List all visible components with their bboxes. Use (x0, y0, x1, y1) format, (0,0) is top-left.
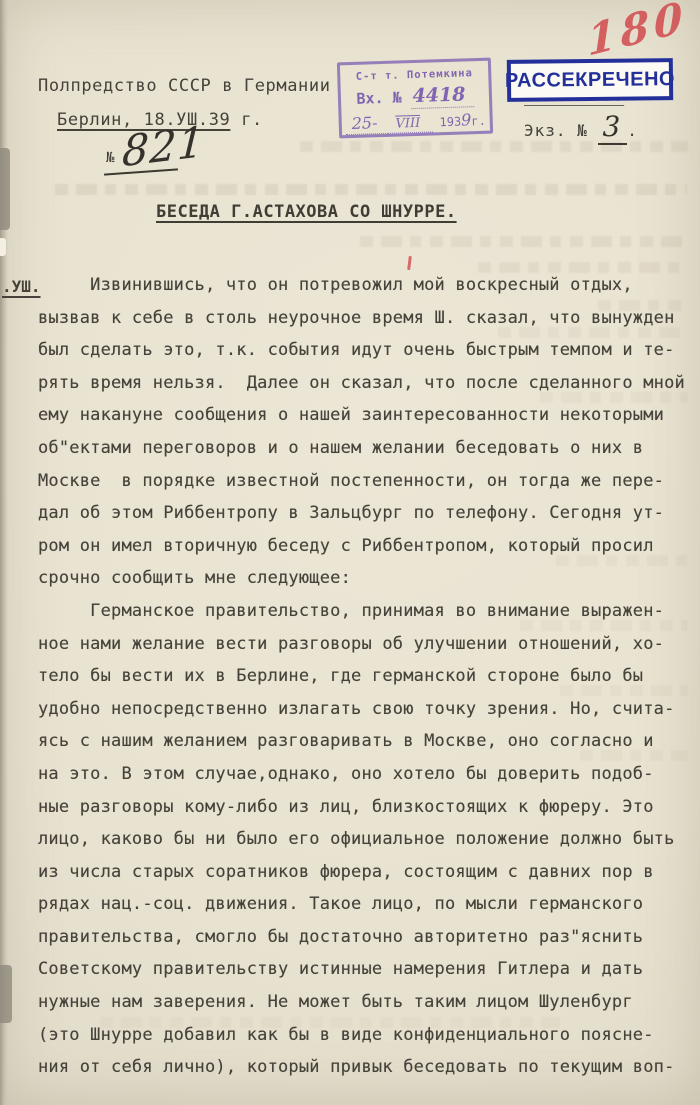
doc-number-handwritten: 821 (121, 117, 206, 177)
body-line: об"ектами переговоров и о нашем желании … (38, 432, 693, 465)
document-body: Извинившись, что он потревожил мой воскр… (38, 269, 693, 1084)
stamp-entry-row: Вх. № 4418 (341, 83, 490, 110)
body-line: вызвав к себе в столь неурочное время Ш.… (38, 302, 693, 335)
body-line: удобно непосредственно излагать свою точ… (38, 693, 693, 726)
body-line: тело бы вести их в Берлине, где германск… (38, 660, 693, 693)
body-line: Москве в порядке известной постепенности… (38, 465, 693, 498)
body-line: рять время нельзя. Далее он сказал, что … (38, 367, 693, 400)
body-line: был сделать это, т.к. события идут очень… (38, 334, 693, 367)
body-line: рядах нац.-соц. движения. Такое лицо, по… (38, 888, 693, 921)
body-line: ния от себя лично), который привык бесед… (38, 1051, 693, 1084)
stamp-date-day-handwritten: 25- (345, 113, 387, 135)
paper-notch (0, 238, 6, 256)
stamp-date-suffix: г. (471, 114, 486, 128)
copy-number-handwritten: 3 (598, 110, 627, 145)
declassified-stamp: РАССЕКРЕЧЕНО (507, 58, 673, 102)
paper-tear (0, 148, 10, 230)
body-line: срочно сообщить мне следующее: (38, 562, 693, 595)
margin-date-note: .УШ. (2, 277, 41, 296)
copy-number-line: Экз. № 3. (524, 110, 638, 143)
bleedthrough-mark (55, 184, 687, 195)
stamp-date-year-printed: 193 (439, 115, 461, 130)
doc-number-label: № (106, 150, 114, 166)
stamp-date-row: 25-VIII 1939г. (341, 110, 490, 134)
body-line: ему накануне сообщения о нашей заинтерес… (38, 399, 693, 432)
body-line: дал об этом Риббентропу в Зальцбург по т… (38, 497, 693, 530)
body-line: на это. В этом случае,однако, оно хотело… (38, 758, 693, 791)
stamp-addressee: С-т т. Потемкина (340, 67, 488, 84)
body-line: правительства, смогло бы достаточно авто… (38, 921, 693, 954)
body-line: ром он имел вторичную беседу с Риббентро… (38, 530, 693, 563)
bleedthrough-mark (360, 236, 688, 247)
stamp-entry-number-handwritten: 4418 (410, 83, 474, 109)
body-line: Советскому правительству истинные намере… (38, 953, 693, 986)
document-title: БЕСЕДА Г.АСТАХОВА СО ШНУРРЕ. (156, 202, 457, 222)
stamp-date-month-handwritten: VIII (387, 115, 432, 133)
body-line: Извинившись, что он потревожил мой воскр… (38, 269, 693, 302)
place-date-suffix: г. (230, 110, 263, 130)
body-line: Германское правительство, принимая во вн… (38, 595, 693, 628)
body-line: нужные нам заверения. Не может быть таки… (38, 986, 693, 1019)
stamp-date-year-digit-handwritten: 9 (461, 110, 472, 129)
body-line: из числа старых соратников фюрера, состо… (38, 856, 693, 889)
body-line: ные разговоры кому-либо из лиц, близкост… (38, 791, 693, 824)
body-line: (это Шнурре добавил как бы в виде конфид… (38, 1019, 693, 1052)
paper-tear (0, 965, 12, 1023)
letterhead-organization: Полпредство СССР в Германии (38, 76, 331, 96)
copy-suffix: . (627, 121, 638, 140)
stamp-entry-label: Вх. № (356, 88, 402, 107)
page-number-handwritten: 180 (587, 0, 688, 66)
red-check-mark (407, 256, 412, 270)
copy-label: Экз. № (524, 121, 588, 140)
body-line: ное нами желание вести разговоры об улуч… (38, 628, 693, 661)
body-line: ясь с нашим желанием разговаривать в Мос… (38, 725, 693, 758)
body-line: лицо, каково бы ни было его официальное … (38, 823, 693, 856)
document-page: 180 Полпредство СССР в Германии Берлин, … (0, 0, 700, 1105)
incoming-registration-stamp: С-т т. Потемкина Вх. № 4418 25-VIII 1939… (337, 58, 493, 139)
